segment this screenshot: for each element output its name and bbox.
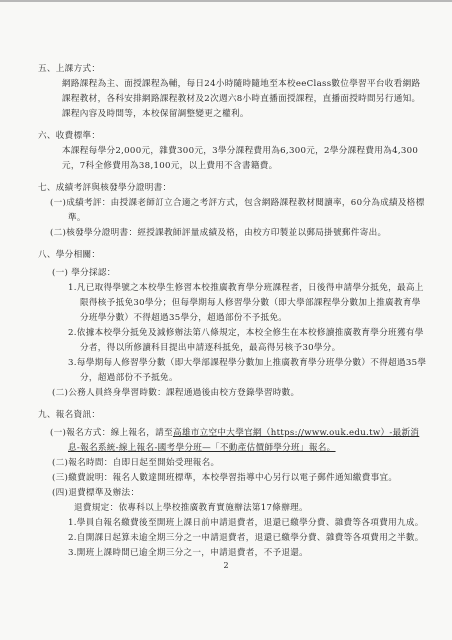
section-heading-registration: 九、報名資訊：: [38, 408, 428, 423]
document-page: 五、上課方式： 網路課程為主、面授課程為輔，每日24小時隨時隨地至本校eeCla…: [0, 0, 452, 640]
credit-item-3: 3.每學期每人修習學分數（即大學部課程學分數加上推廣教育學分班學分數）不得超過3…: [38, 356, 428, 386]
document-body: 五、上課方式： 網路課程為主、面授課程為輔，每日24小時隨時隨地至本校eeCla…: [38, 62, 428, 561]
certificate-item: (二)核發學分證明書：經授課教師評量成績及格，由校方印製並以郵局掛號郵件寄出。: [38, 226, 428, 241]
page-number: 2: [0, 561, 452, 570]
credit-item-1: 1.凡已取得學號之本校學生修習本校推廣教育學分班課程者，日後得申請學分抵免，最高…: [38, 281, 428, 326]
course-method-text: 網路課程為主、面授課程為輔，每日24小時隨時隨地至本校eeClass數位學習平台…: [38, 77, 428, 122]
registration-time: (二)報名時間：自即日起至開始受理報名。: [38, 456, 428, 471]
refund-item-1: 1.學員自報名繳費後至開班上課日前申請退費者，退還已繳學分費、雜費等各項費用九成…: [38, 516, 428, 531]
section-heading-grading: 七、成績考評與核發學分證明書：: [38, 181, 428, 196]
grading-item: (一)成績考評：由授課老師訂立合適之考評方式，包含網路課程教材閱讀率，60分為成…: [38, 196, 428, 226]
fees-text: 本課程每學分2,000元，雜費300元，3學分課程費用為6,300元，2學分課程…: [38, 144, 428, 174]
registration-method: (一)報名方式：線上報名，請至高雄市立空中大學官網（https://www.ou…: [38, 426, 428, 456]
section-heading-course-method: 五、上課方式：: [38, 62, 428, 77]
refund-item-2: 2.自開課日起算未逾全期三分之一申請退費者，退還已繳學分費、雜費等各項費用之半數…: [38, 531, 428, 546]
civil-servant-hours: (二)公務人員終身學習時數：課程通過後由校方登錄學習時數。: [38, 386, 428, 401]
credit-recognition-heading: (一) 學分採認：: [38, 266, 428, 281]
refund-rule: 退費規定：依專科以上學校推廣教育實施辦法第17條辦理。: [38, 501, 428, 516]
refund-item-3: 3.開班上課時間已逾全期三分之一，申請退費者，不予退還。: [38, 546, 428, 561]
payment-info: (三)繳費說明：報名人數達開班標準，本校學習指導中心另行以電子郵件通知繳費事宜。: [38, 471, 428, 486]
section-heading-credits: 八、學分相關：: [38, 248, 428, 263]
refund-heading: (四)退費標準及辦法：: [38, 486, 428, 501]
registration-method-label: (一)報名方式：線上報名，請至: [50, 428, 173, 438]
scan-edge: [0, 0, 452, 2]
credit-item-2: 2.依據本校學分抵免及減修辦法第八條規定，本校全修生在本校修讀推廣教育學分班獲有…: [38, 326, 428, 356]
section-heading-fees: 六、收費標準：: [38, 129, 428, 144]
